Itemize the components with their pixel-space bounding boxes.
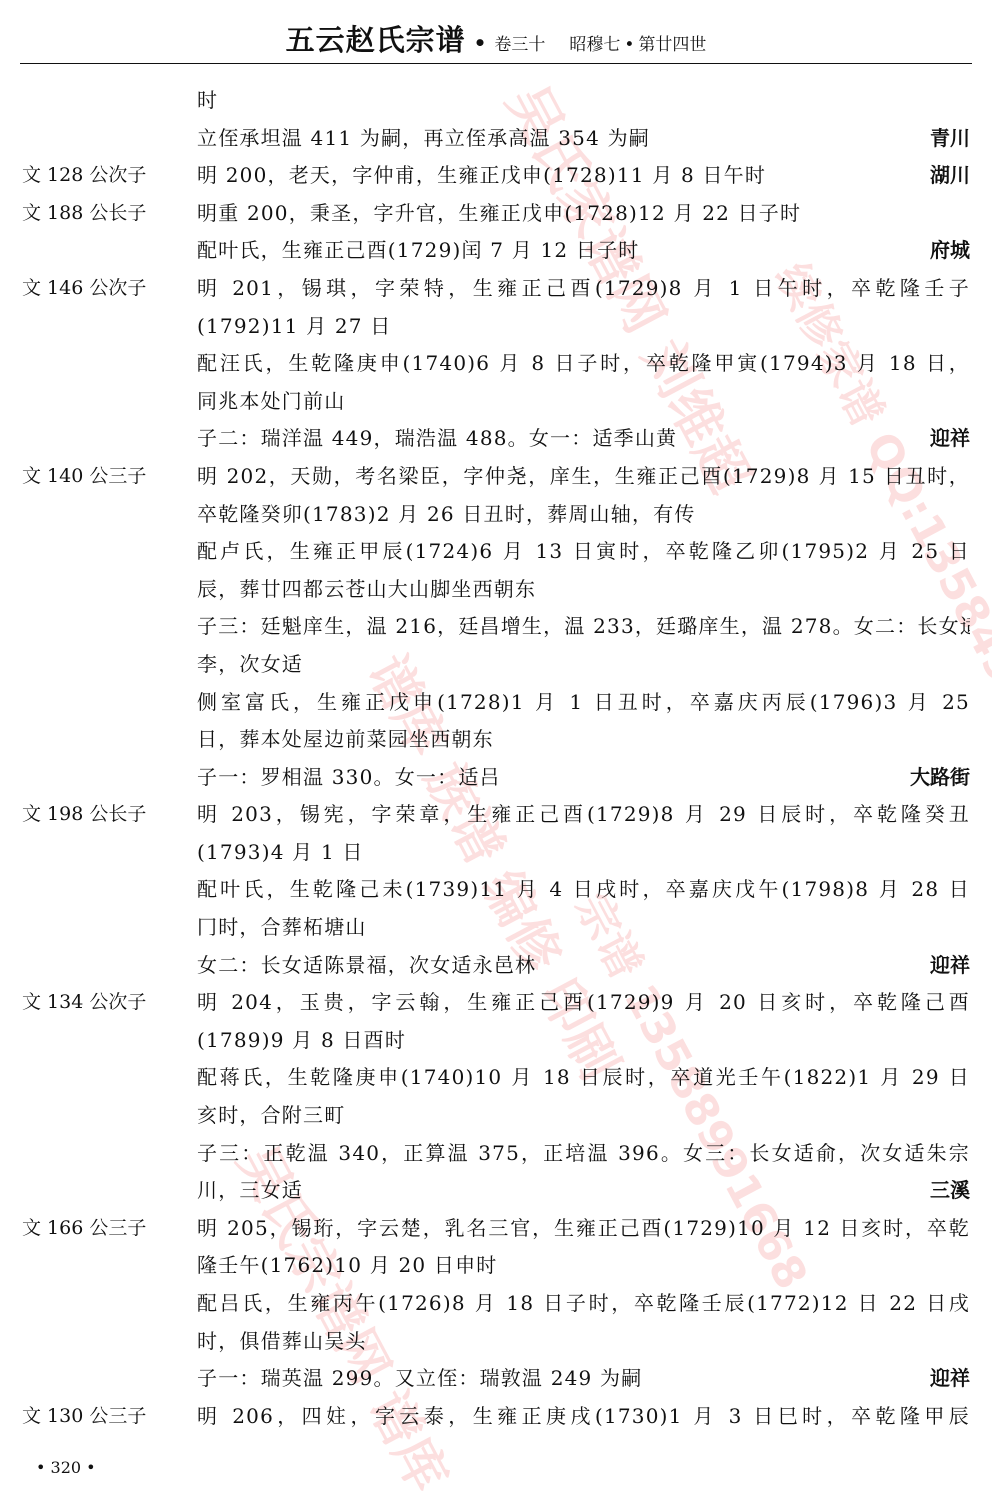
- entry-text: 子一：瑞英温 299。又立侄：瑞敦温 249 为嗣: [197, 1360, 970, 1398]
- header-separator: •: [474, 31, 487, 55]
- entry-text: 配汪氏，生乾隆庚申(1740)6 月 8 日子时，卒乾隆甲寅(1794)3 月 …: [197, 345, 970, 383]
- entry-line: 文 128 公次子明 200，老天，字仲甫，生雍正戊申(1728)11 月 8 …: [0, 157, 992, 195]
- residence-place: 迎祥: [926, 420, 970, 458]
- entry-line: 辰，葬廿四都云苍山大山脚坐西朝东: [0, 571, 992, 609]
- entry-line: 子一：瑞英温 299。又立侄：瑞敦温 249 为嗣迎祥: [0, 1360, 992, 1398]
- book-title: 五云赵氏宗谱: [286, 18, 466, 59]
- genealogy-entries: 时立侄承坦温 411 为嗣，再立侄承高温 354 为嗣青川文 128 公次子明 …: [0, 82, 992, 1435]
- entry-line: 川，三女适三溪: [0, 1172, 992, 1210]
- entry-text: 配叶氏，生雍正己酉(1729)闰 7 月 12 日子时: [197, 232, 970, 270]
- volume-label: 卷三十: [494, 30, 545, 55]
- entry-text: 隆壬午(1762)10 月 20 日申时: [197, 1247, 970, 1285]
- parent-reference: 文 146 公次子: [22, 270, 192, 308]
- entry-line: 文 130 公三子明 206，四妵，字云泰，生雍正庚戌(1730)1 月 3 日…: [0, 1398, 992, 1436]
- entry-line: 文 198 公长子明 203，锡宪，字荣章，生雍正己酉(1729)8 月 29 …: [0, 796, 992, 834]
- entry-text: 日，葬本处屋边前菜园坐西朝东: [197, 721, 970, 759]
- entry-text: 明 203，锡宪，字荣章，生雍正己酉(1729)8 月 29 日辰时，卒乾隆癸丑: [197, 796, 970, 834]
- entry-line: 李，次女适: [0, 646, 992, 684]
- entry-text: 同兆本处门前山: [197, 383, 970, 421]
- entry-text: 明 200，老天，字仲甫，生雍正戊申(1728)11 月 8 日午时: [197, 157, 970, 195]
- entry-line: 文 166 公三子明 205，锡珩，字云楚，乳名三官，生雍正己酉(1729)10…: [0, 1210, 992, 1248]
- generation-label: 第廿四世: [638, 30, 706, 55]
- entry-line: 卒乾隆癸卯(1783)2 月 26 日丑时，葬周山轴，有传: [0, 496, 992, 534]
- entry-text: 辰，葬廿四都云苍山大山脚坐西朝东: [197, 571, 970, 609]
- entry-text: 子三：廷魁庠生，温 216，廷昌增生，温 233，廷璐庠生，温 278。女二：长…: [197, 608, 970, 646]
- entry-line: 配吕氏，生雍丙午(1726)8 月 18 日子时，卒乾隆壬辰(1772)12 日…: [0, 1285, 992, 1323]
- entry-text: 女二：长女适陈景福，次女适永邑林: [197, 947, 970, 985]
- entry-text: (1789)9 月 8 日酉时: [197, 1022, 970, 1060]
- entry-text: 冂时，合葬柘塘山: [197, 909, 970, 947]
- parent-reference: 文 198 公长子: [22, 796, 192, 834]
- residence-place: 迎祥: [926, 947, 970, 985]
- entry-text: 卒乾隆癸卯(1783)2 月 26 日丑时，葬周山轴，有传: [197, 496, 970, 534]
- entry-text: 配卢氏，生雍正甲辰(1724)6 月 13 日寅时，卒乾隆乙卯(1795)2 月…: [197, 533, 970, 571]
- header-rule: [20, 63, 972, 64]
- parent-reference: 文 134 公次子: [22, 984, 192, 1022]
- entry-text: 明重 200，秉圣，字升官，生雍正戊申(1728)12 月 22 日子时: [197, 195, 970, 233]
- entry-text: 侧室富氏，生雍正戊申(1728)1 月 1 日丑时，卒嘉庆丙辰(1796)3 月…: [197, 684, 970, 722]
- entry-line: 同兆本处门前山: [0, 383, 992, 421]
- section-separator: •: [624, 35, 634, 55]
- entry-line: (1792)11 月 27 日: [0, 308, 992, 346]
- entry-line: 时，俱借葬山吴头: [0, 1323, 992, 1361]
- entry-text: 川，三女适: [197, 1172, 970, 1210]
- entry-line: 子三：廷魁庠生，温 216，廷昌增生，温 233，廷璐庠生，温 278。女二：长…: [0, 608, 992, 646]
- entry-text: 明 201，锡琪，字荣特，生雍正己酉(1729)8 月 1 日午时，卒乾隆壬子: [197, 270, 970, 308]
- entry-text: 子二：瑞洋温 449，瑞浩温 488。女一：适季山黄: [197, 420, 970, 458]
- parent-reference: 文 140 公三子: [22, 458, 192, 496]
- entry-line: 子三：正乾温 340，正算温 375，正培温 396。女三：长女适俞，次女适朱宗: [0, 1135, 992, 1173]
- entry-line: 亥时，合附三町: [0, 1097, 992, 1135]
- entry-line: 时: [0, 82, 992, 120]
- entry-text: 时: [197, 82, 970, 120]
- entry-line: 子二：瑞洋温 449，瑞浩温 488。女一：适季山黄迎祥: [0, 420, 992, 458]
- section-label: 昭穆七: [569, 30, 620, 55]
- entry-text: 明 202，天勋，考名梁臣，字仲尧，庠生，生雍正己酉(1729)8 月 15 日…: [197, 458, 970, 496]
- entry-text: 明 205，锡珩，字云楚，乳名三官，生雍正己酉(1729)10 月 12 日亥时…: [197, 1210, 970, 1248]
- parent-reference: 文 188 公长子: [22, 195, 192, 233]
- entry-line: 侧室富氏，生雍正戊申(1728)1 月 1 日丑时，卒嘉庆丙辰(1796)3 月…: [0, 684, 992, 722]
- page-number: • 320 •: [36, 1458, 96, 1477]
- running-header: 五云赵氏宗谱 • 卷三十 昭穆七 • 第廿四世: [0, 18, 992, 62]
- entry-text: 子一：罗相温 330。女一：适吕: [197, 759, 970, 797]
- parent-reference: 文 166 公三子: [22, 1210, 192, 1248]
- residence-place: 三溪: [926, 1172, 970, 1210]
- entry-line: 文 134 公次子明 204，玉贵，字云翰，生雍正己酉(1729)9 月 20 …: [0, 984, 992, 1022]
- entry-text: (1793)4 月 1 日: [197, 834, 970, 872]
- entry-line: 文 140 公三子明 202，天勋，考名梁臣，字仲尧，庠生，生雍正己酉(1729…: [0, 458, 992, 496]
- entry-text: (1792)11 月 27 日: [197, 308, 970, 346]
- entry-text: 配吕氏，生雍丙午(1726)8 月 18 日子时，卒乾隆壬辰(1772)12 日…: [197, 1285, 970, 1323]
- entry-line: 文 188 公长子明重 200，秉圣，字升官，生雍正戊申(1728)12 月 2…: [0, 195, 992, 233]
- entry-line: 冂时，合葬柘塘山: [0, 909, 992, 947]
- entry-line: (1789)9 月 8 日酉时: [0, 1022, 992, 1060]
- entry-text: 明 204，玉贵，字云翰，生雍正己酉(1729)9 月 20 日亥时，卒乾隆己酉: [197, 984, 970, 1022]
- entry-line: 配蒋氏，生乾隆庚申(1740)10 月 18 日辰时，卒道光壬午(1822)1 …: [0, 1059, 992, 1097]
- residence-place: 府城: [926, 232, 970, 270]
- entry-text: 立侄承坦温 411 为嗣，再立侄承高温 354 为嗣: [197, 120, 970, 158]
- entry-line: 配卢氏，生雍正甲辰(1724)6 月 13 日寅时，卒乾隆乙卯(1795)2 月…: [0, 533, 992, 571]
- entry-text: 配叶氏，生乾隆己未(1739)11 月 4 日戌时，卒嘉庆戊午(1798)8 月…: [197, 871, 970, 909]
- entry-line: 隆壬午(1762)10 月 20 日申时: [0, 1247, 992, 1285]
- parent-reference: 文 128 公次子: [22, 157, 192, 195]
- entry-line: 配汪氏，生乾隆庚申(1740)6 月 8 日子时，卒乾隆甲寅(1794)3 月 …: [0, 345, 992, 383]
- residence-place: 湖川: [926, 157, 970, 195]
- entry-line: 日，葬本处屋边前菜园坐西朝东: [0, 721, 992, 759]
- entry-line: 配叶氏，生乾隆己未(1739)11 月 4 日戌时，卒嘉庆戊午(1798)8 月…: [0, 871, 992, 909]
- entry-line: 立侄承坦温 411 为嗣，再立侄承高温 354 为嗣青川: [0, 120, 992, 158]
- parent-reference: 文 130 公三子: [22, 1398, 192, 1436]
- entry-line: 女二：长女适陈景福，次女适永邑林迎祥: [0, 947, 992, 985]
- entry-text: 子三：正乾温 340，正算温 375，正培温 396。女三：长女适俞，次女适朱宗: [197, 1135, 970, 1173]
- entry-line: 配叶氏，生雍正己酉(1729)闰 7 月 12 日子时府城: [0, 232, 992, 270]
- residence-place: 大路街: [906, 759, 970, 797]
- entry-text: 明 206，四妵，字云泰，生雍正庚戌(1730)1 月 3 日巳时，卒乾隆甲辰: [197, 1398, 970, 1436]
- residence-place: 迎祥: [926, 1360, 970, 1398]
- entry-text: 李，次女适: [197, 646, 970, 684]
- entry-text: 亥时，合附三町: [197, 1097, 970, 1135]
- entry-line: 文 146 公次子明 201，锡琪，字荣特，生雍正己酉(1729)8 月 1 日…: [0, 270, 992, 308]
- entry-text: 配蒋氏，生乾隆庚申(1740)10 月 18 日辰时，卒道光壬午(1822)1 …: [197, 1059, 970, 1097]
- entry-text: 时，俱借葬山吴头: [197, 1323, 970, 1361]
- entry-line: 子一：罗相温 330。女一：适吕大路街: [0, 759, 992, 797]
- entry-line: (1793)4 月 1 日: [0, 834, 992, 872]
- residence-place: 青川: [926, 120, 970, 158]
